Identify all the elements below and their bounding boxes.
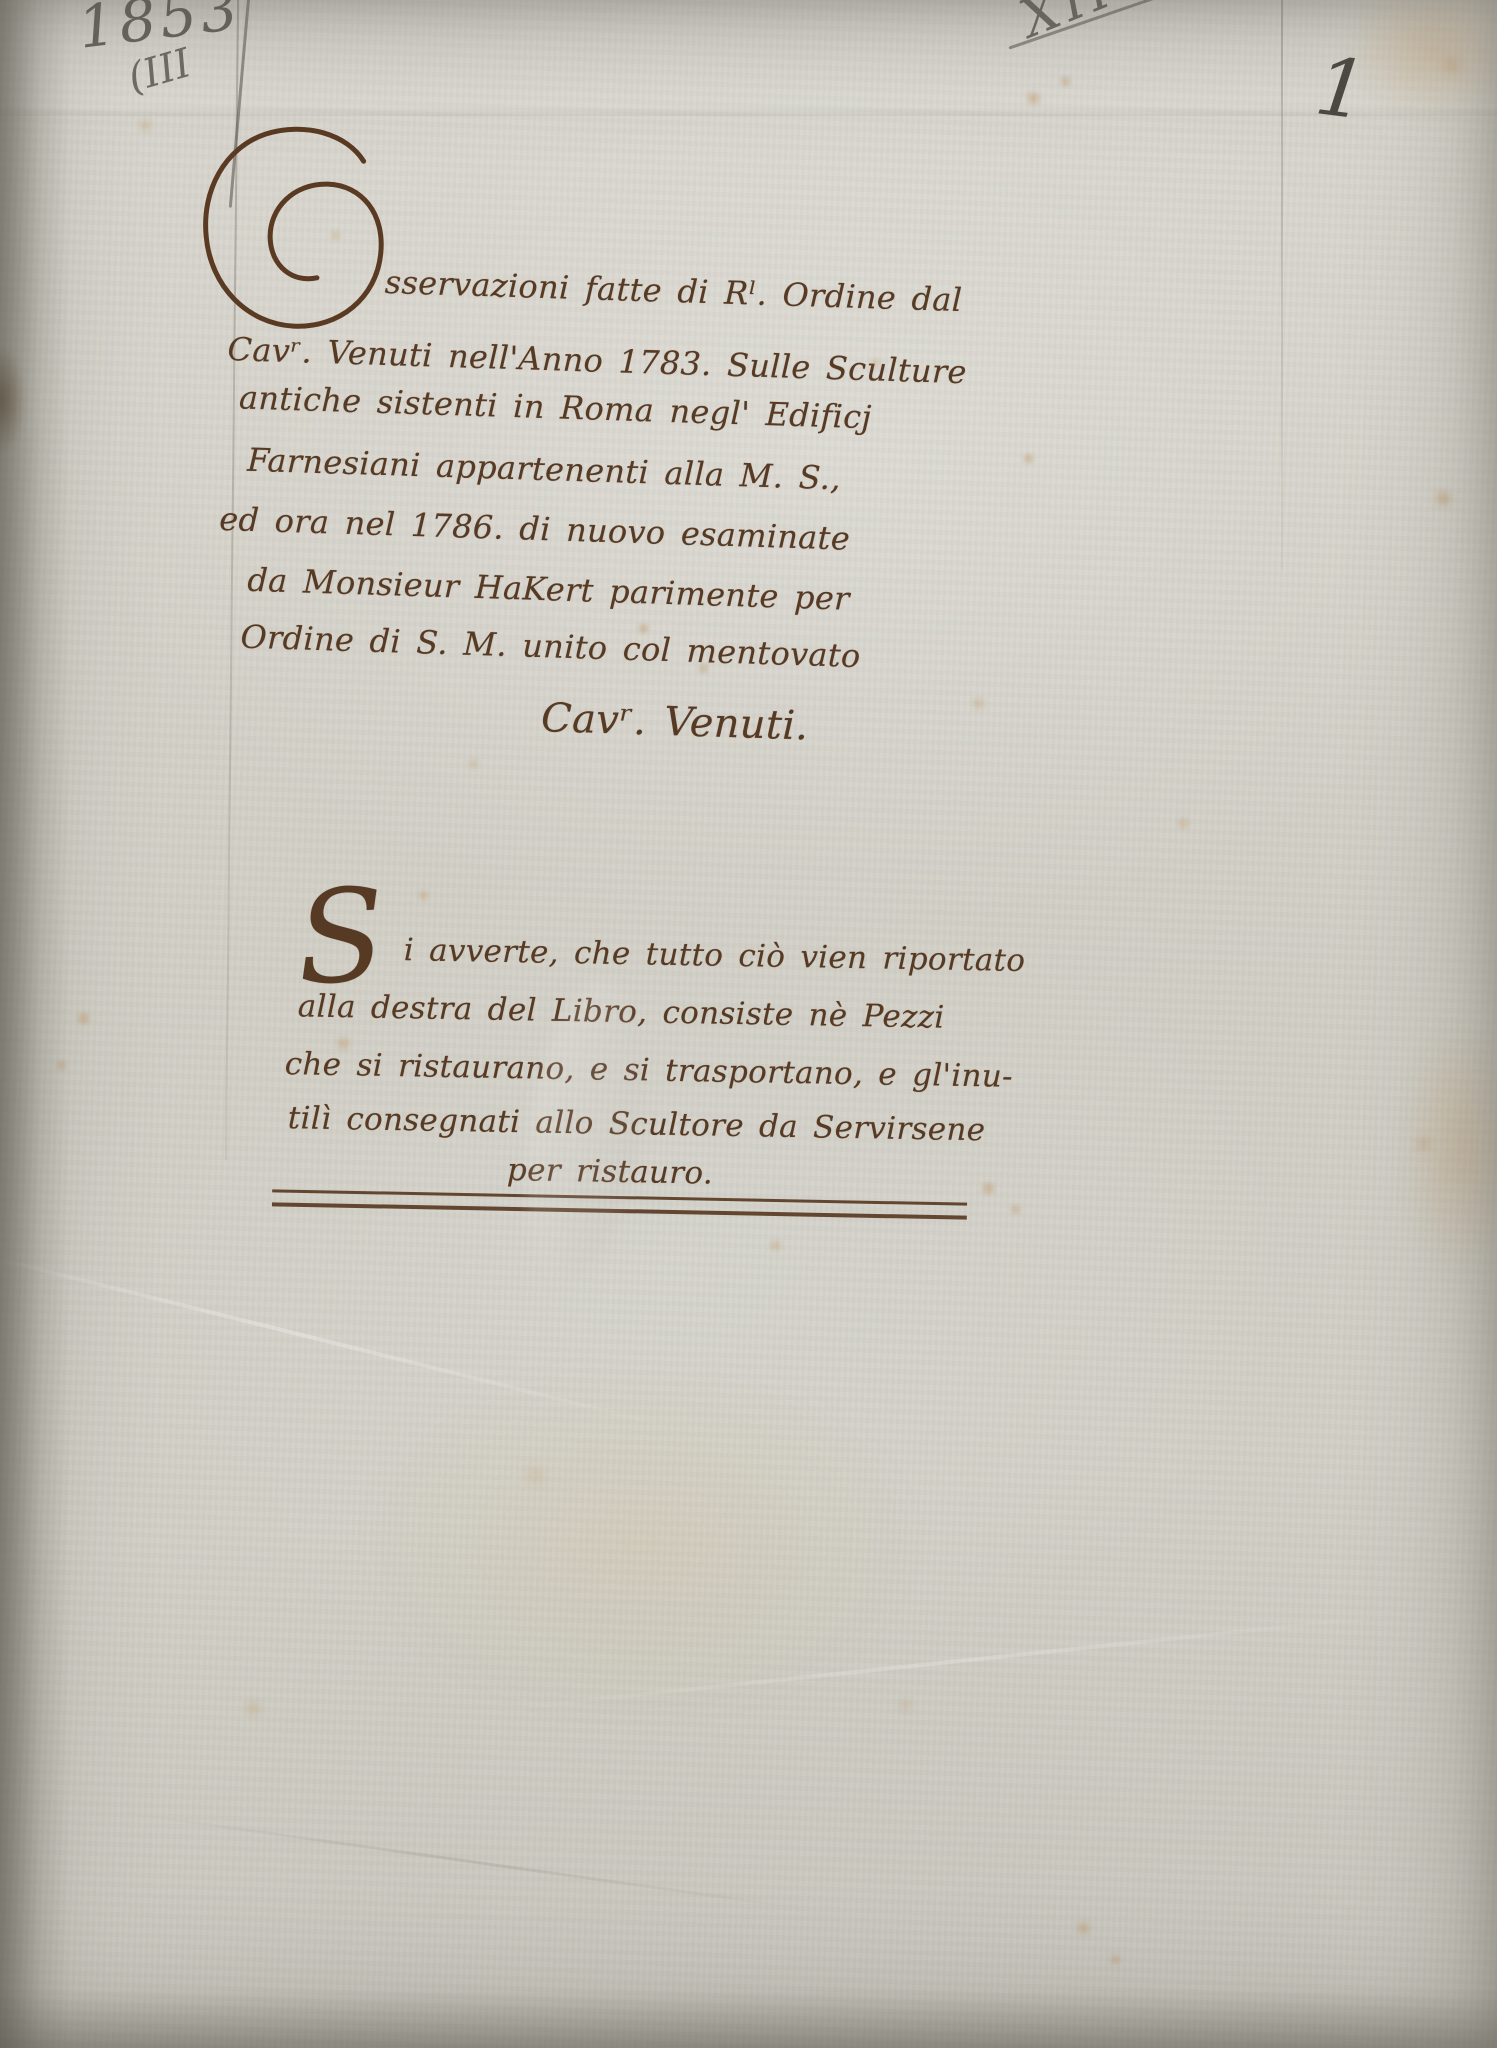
title-block: O sservazioni fatte di Rˡ. Ordine dal Ca… xyxy=(209,115,1009,799)
bottom-edge-shadow xyxy=(0,1988,1497,2048)
manuscript-page: 1853 (III XII 1 O sservazioni fatte di R… xyxy=(0,0,1497,2048)
title-line-5: ed ora nel 1786. di nuovo esaminate xyxy=(219,500,851,558)
right-margin-stain xyxy=(1400,1020,1497,1280)
diagonal-crease-3 xyxy=(123,1811,817,1911)
title-line-4: Farnesiani appartenenti alla M. S., xyxy=(247,441,842,498)
note-line-3: che si ristaurano, e si trasportano, e g… xyxy=(284,1046,1013,1095)
title-line-1: sservazioni fatte di Rˡ. Ordine dal xyxy=(384,263,963,319)
title-line-3: antiche sistenti in Roma negl' Edificj xyxy=(239,378,873,436)
title-line-6: da Monsieur HaKert parimente per xyxy=(247,561,851,618)
left-edge-shadow xyxy=(0,0,70,2048)
pencil-page-number: 1 xyxy=(1311,39,1373,138)
title-closing-line: Cavʳ. Venuti. xyxy=(540,695,809,749)
note-line-1: i avverte, che tutto ciò vien riportato xyxy=(403,932,1025,979)
title-line-7: Ordine di S. M. unito col mentovato xyxy=(240,618,861,675)
bottom-center-stain xyxy=(360,1360,920,1720)
diagonal-crease-2 xyxy=(502,1613,1397,1711)
